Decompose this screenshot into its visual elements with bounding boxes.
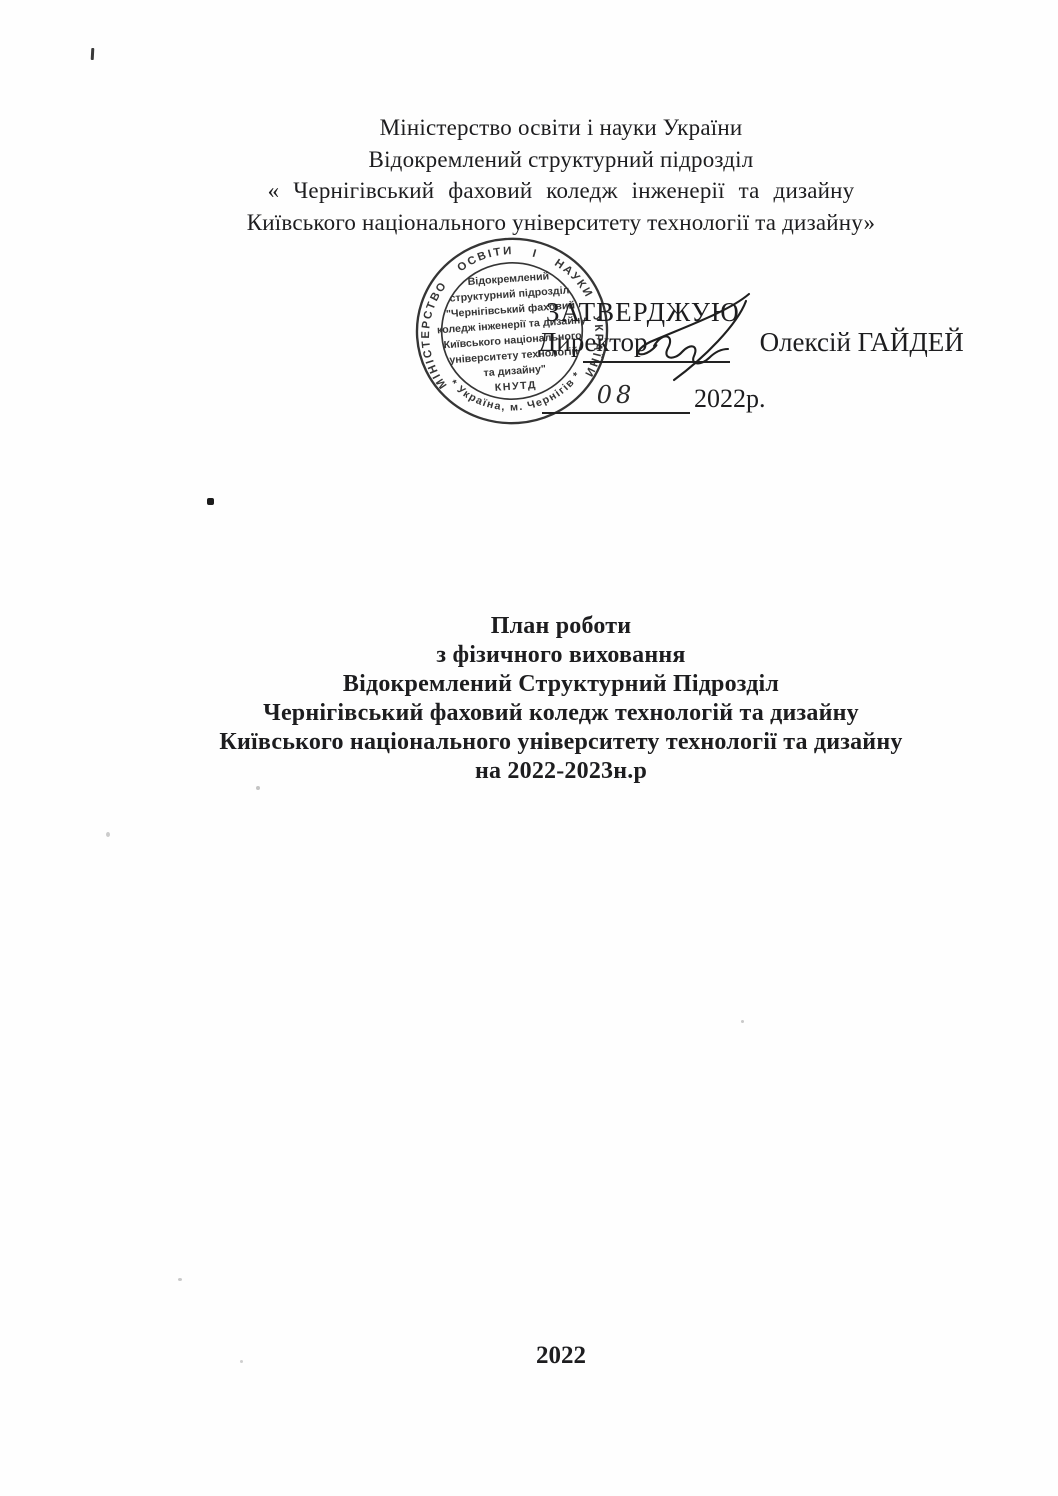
title-line-years: на 2022-2023н.р (64, 757, 1058, 786)
director-signature (616, 288, 766, 386)
stamp-center-line: Відокремлений (467, 270, 549, 287)
header-line-college: « Чернігівський фаховий коледж інженерії… (64, 175, 1058, 207)
document-title-block: План роботи з фізичного виховання Відокр… (64, 612, 1058, 786)
approval-date-line: 082022р. (542, 382, 766, 414)
scan-artifact-speck (106, 832, 110, 837)
stamp-center-line: та дизайну" (483, 363, 546, 379)
date-year: 2022р. (690, 384, 766, 413)
handwritten-month: 08 (597, 381, 636, 409)
stamp-center-line: КНУТД (494, 379, 537, 394)
scan-artifact-dot (207, 498, 214, 505)
date-blank-line: 08 (542, 382, 690, 414)
document-header: Міністерство освіти і науки України Відо… (64, 112, 1058, 238)
title-line-college: Чернігівський фаховий коледж технологій … (64, 699, 1058, 728)
scan-artifact-speck (178, 1278, 182, 1281)
document-page: Міністерство освіти і науки України Відо… (0, 0, 1058, 1496)
footer-year: 2022 (64, 1342, 1058, 1370)
title-line-plan: План роботи (64, 612, 1058, 641)
header-line-ministry: Міністерство освіти і науки України (64, 112, 1058, 144)
scan-artifact-speck (741, 1020, 744, 1023)
title-line-subdivision: Відокремлений Структурний Підрозділ (64, 670, 1058, 699)
scan-artifact-tick (91, 48, 95, 60)
scan-artifact-speck (256, 786, 260, 790)
title-line-university: Київського національного університету те… (64, 728, 1058, 757)
director-name: Олексій ГАЙДЕЙ (760, 327, 964, 357)
title-line-subject: з фізичного виховання (64, 641, 1058, 670)
header-line-subdivision: Відокремлений структурний підрозділ (64, 144, 1058, 176)
